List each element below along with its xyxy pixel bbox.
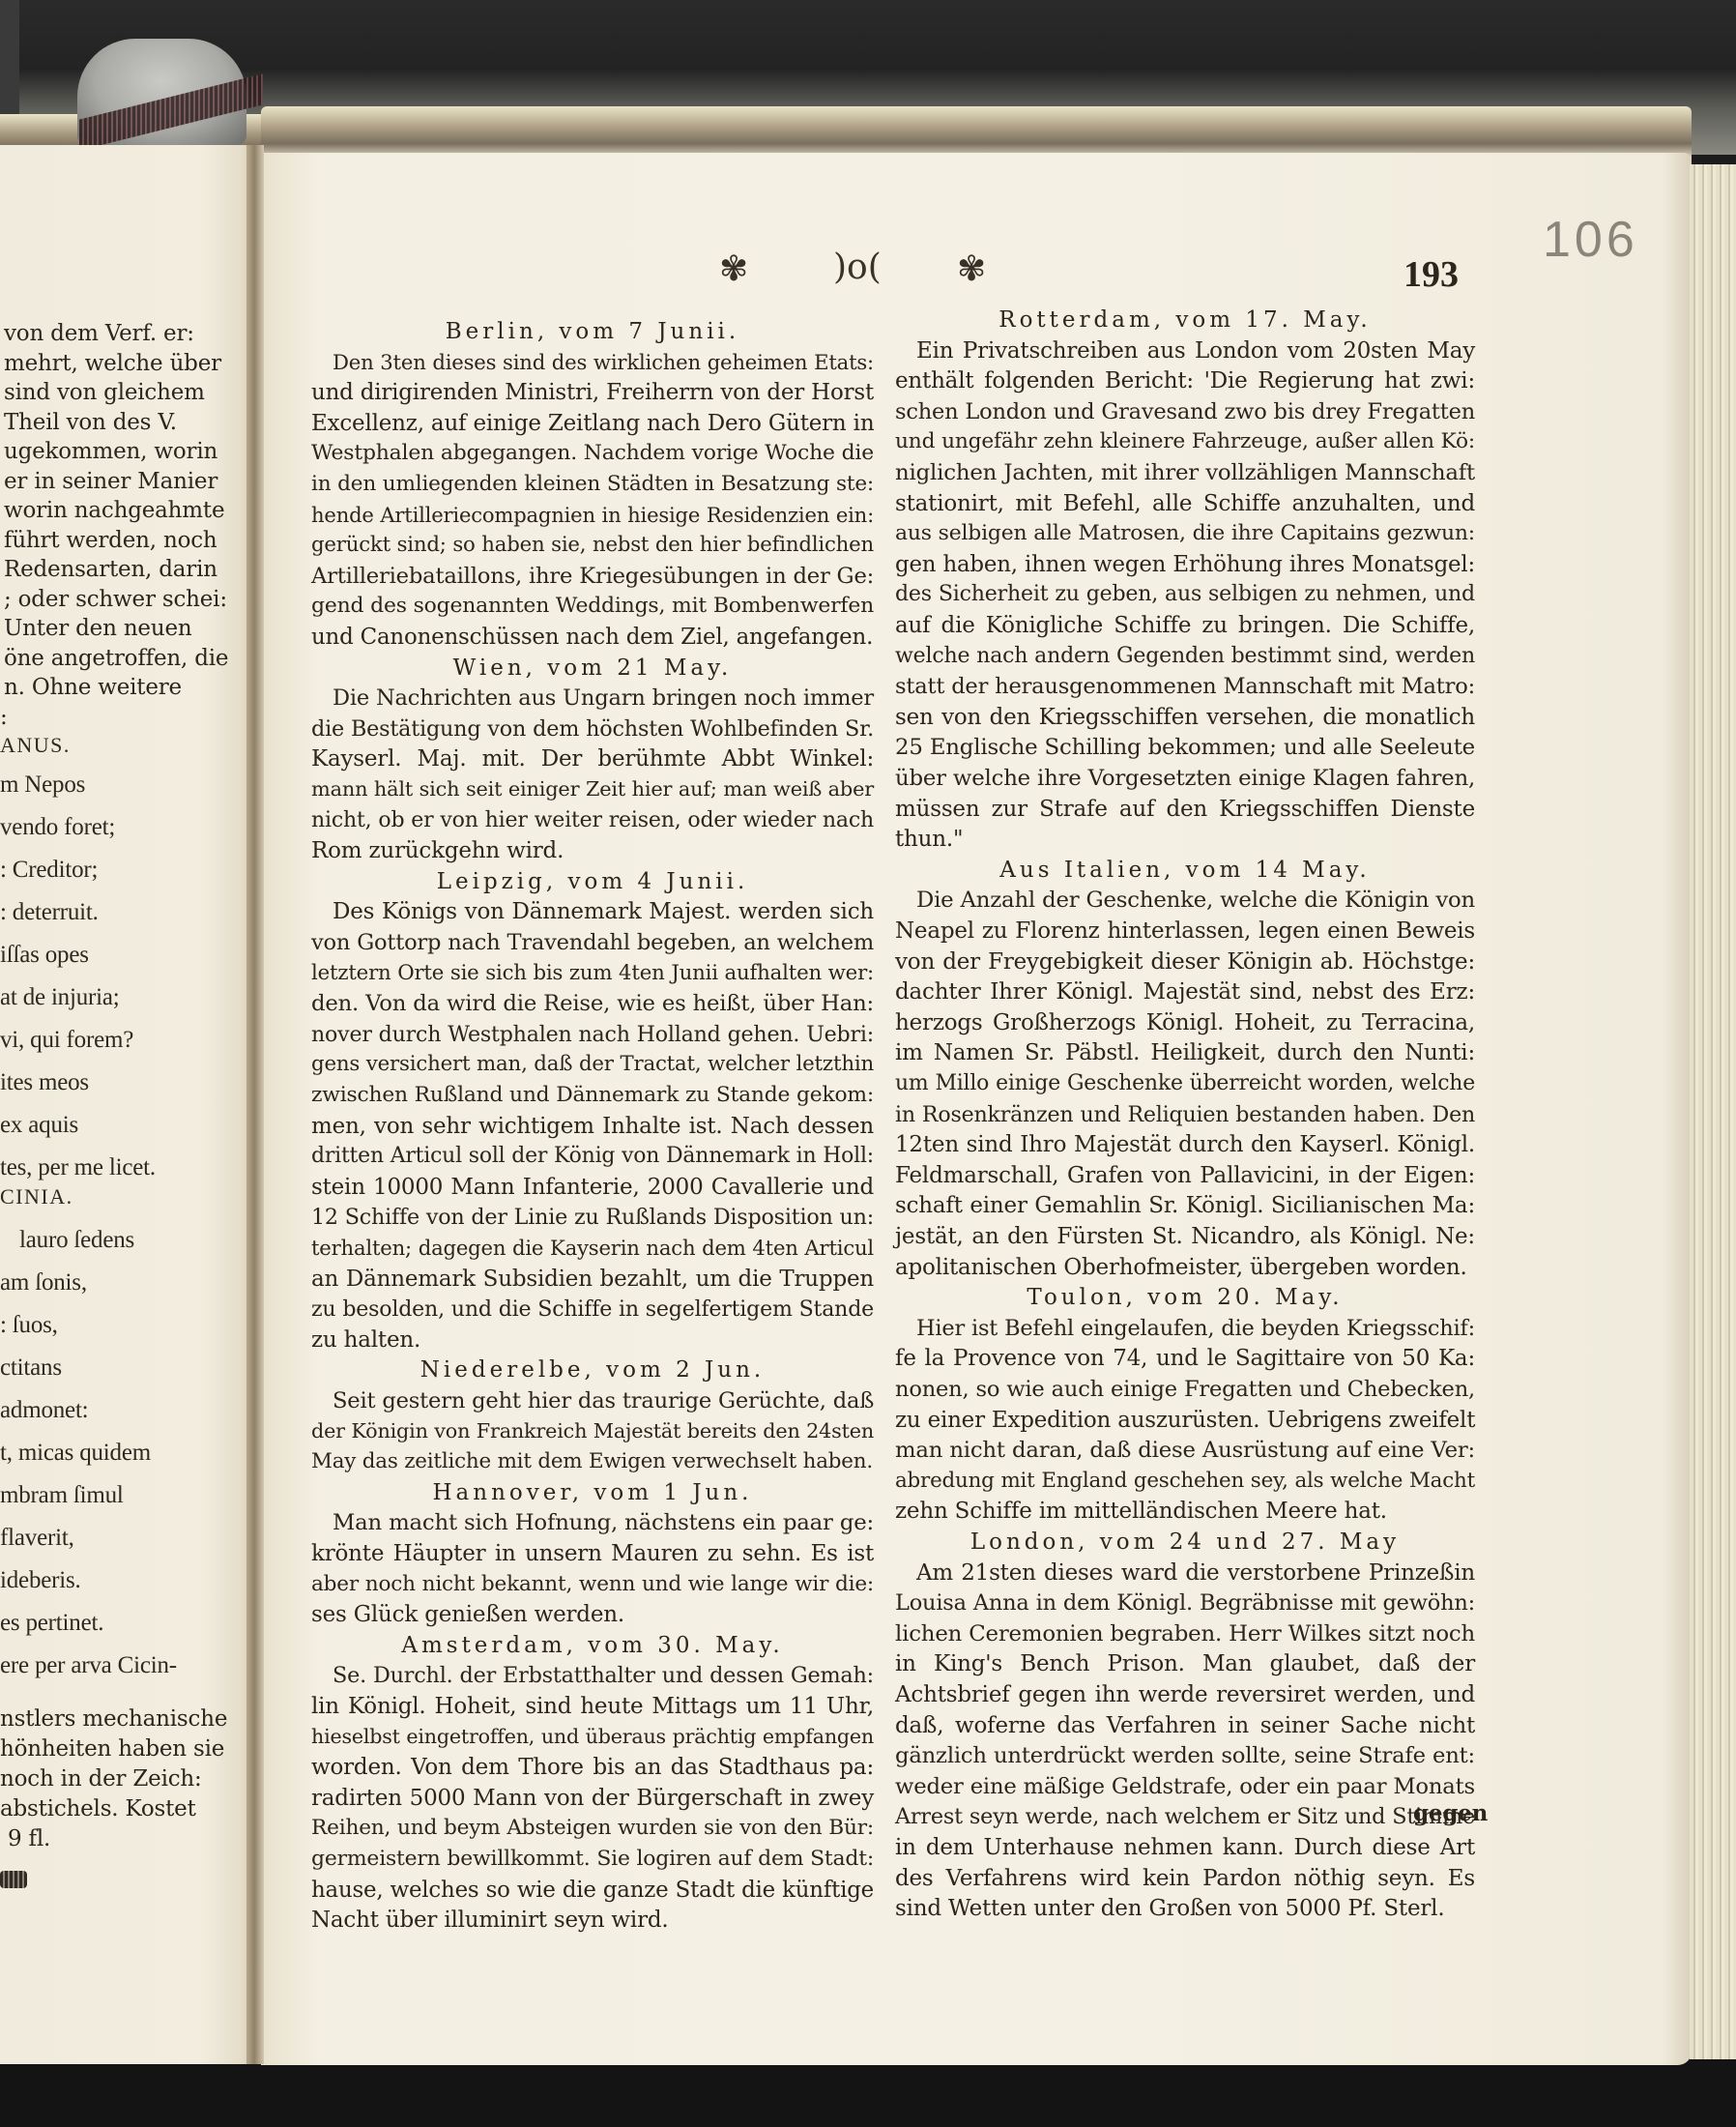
article-line: in den umliegenden kleinen Städten in Be… xyxy=(311,472,874,496)
article-line: gend des sogenannten Weddings, mit Bombe… xyxy=(311,594,874,618)
article-line: Artilleriebataillons, ihre Kriegesübunge… xyxy=(311,564,874,589)
verse-line: admonet: xyxy=(0,1397,88,1424)
article-line: men, von sehr wichtigem Inhalte ist. Nac… xyxy=(311,1114,874,1139)
article-line: Seit gestern geht hier das traurige Gerü… xyxy=(333,1388,874,1413)
article-line: nicht, ob er von hier weiter reisen, ode… xyxy=(311,808,874,832)
verse-line: t, micas quidem xyxy=(0,1440,151,1467)
header-ornament-center: )o( xyxy=(833,248,882,287)
article-line: letztern Orte sie sich bis zum 4ten Juni… xyxy=(311,961,874,985)
text-line: nstlers mechanische xyxy=(0,1706,227,1732)
text-line: ; oder schwer schei: xyxy=(4,587,227,612)
dateline-heading: Toulon, vom 20. May. xyxy=(895,1285,1475,1310)
page-number: 193 xyxy=(1403,253,1459,296)
article-line: und Canonenschüssen nach dem Ziel, angef… xyxy=(311,625,874,650)
text-line: öne angetroffen, die xyxy=(4,646,228,671)
article-line: schaft einer Gemahlin Sr. Königl. Sicili… xyxy=(895,1193,1475,1218)
article-line: sind Wetten unter den Großen von 5000 Pf… xyxy=(895,1896,1475,1921)
fore-edge xyxy=(1690,164,1736,2059)
article-line: Des Königs von Dännemark Majest. werden … xyxy=(333,899,874,924)
dateline-heading: Amsterdam, vom 30. May. xyxy=(311,1633,874,1658)
article-line: ses Glück genießen werden. xyxy=(311,1602,874,1627)
article-line: lichen Ceremonien begraben. Herr Wilkes … xyxy=(895,1621,1475,1646)
text-line: mehrt, welche über xyxy=(4,351,221,376)
article-line: 12ten sind Ihro Majestät durch den Kayse… xyxy=(895,1132,1475,1157)
dateline-heading: London, vom 24 und 27. May xyxy=(895,1530,1475,1555)
text-line: : xyxy=(0,705,8,730)
article-line: zwischen Rußland und Dännemark zu Stande… xyxy=(311,1083,874,1107)
article-line: krönte Häupter in unsern Mauren zu sehn.… xyxy=(311,1541,874,1566)
verse-line: vendo foret; xyxy=(0,814,115,841)
article-line: und dirigirenden Ministri, Freiherrn von… xyxy=(311,380,874,405)
text-line: abstichels. Kostet xyxy=(0,1796,196,1821)
verse-line: ideberis. xyxy=(0,1567,81,1594)
article-line: auf die Königliche Schiffe zu bringen. D… xyxy=(895,613,1475,638)
article-line: terhalten; dagegen die Kayserin nach dem… xyxy=(311,1236,874,1260)
verse-line: : Creditor; xyxy=(0,857,98,884)
article-line: Arrest seyn werde, nach welchem er Sitz … xyxy=(895,1804,1475,1829)
article-line: gens versichert man, daß der Tractat, we… xyxy=(311,1052,874,1076)
article-line: müssen zur Strafe auf den Kriegsschiffen… xyxy=(895,797,1475,822)
dateline-heading: Aus Italien, vom 14 May. xyxy=(895,858,1475,883)
article-line: germeistern bewillkommt. Sie logiren auf… xyxy=(311,1847,874,1871)
verse-line: : deterruit. xyxy=(0,899,99,926)
verse-line: ctitans xyxy=(0,1355,62,1382)
fleuron-icon: ✾ xyxy=(957,249,986,289)
dateline-heading: Hannover, vom 1 Jun. xyxy=(311,1480,874,1505)
article-line: stationirt, mit Befehl, alle Schiffe anz… xyxy=(895,491,1475,516)
article-line: an Dännemark Subsidien bezahlt, um die T… xyxy=(311,1267,874,1292)
dateline-heading: Niederelbe, vom 2 Jun. xyxy=(311,1357,874,1383)
article-line: zu einer Expedition auszurüsten. Uebrige… xyxy=(895,1408,1475,1433)
article-line: apolitanischen Oberhofmeister, übergeben… xyxy=(895,1255,1475,1280)
article-line: weder eine mäßige Geldstrafe, oder ein p… xyxy=(895,1774,1475,1799)
text-line: führt werden, noch xyxy=(4,528,217,553)
article-line: in King's Bench Prison. Man glaubet, daß… xyxy=(895,1651,1475,1676)
dateline-heading: Leipzig, vom 4 Junii. xyxy=(311,869,874,894)
article-line: von der Freygebigkeit dieser Königin ab.… xyxy=(895,949,1475,975)
article-line: May das zeitliche mit dem Ewigen verwech… xyxy=(311,1449,874,1473)
text-line: er in seiner Manier xyxy=(4,469,217,494)
article-line: Rom zurückgehn wird. xyxy=(311,838,874,863)
article-line: lin Königl. Hoheit, sind heute Mittags u… xyxy=(311,1694,874,1719)
article-line: niglichen Jachten, mit ihrer vollzählige… xyxy=(895,460,1475,485)
text-line: Unter den neuen xyxy=(4,616,191,641)
article-line: schen London und Gravesand zwo bis drey … xyxy=(895,399,1475,424)
verse-line: m Nepos xyxy=(0,772,85,799)
verse-line: ere per arva Cicin- xyxy=(0,1652,177,1679)
article-line: des Verfahrens wird kein Pardon nöthig s… xyxy=(895,1866,1475,1891)
article-line: zu besolden, und die Schiffe in segelfer… xyxy=(311,1297,874,1322)
text-line: worin nachgeahmte xyxy=(4,498,224,523)
article-line: gerückt sind; so haben sie, nebst den hi… xyxy=(311,533,874,557)
article-line: Achtsbrief gegen ihn werde reversiret we… xyxy=(895,1682,1475,1707)
article-line: nover durch Westphalen nach Holland gehe… xyxy=(311,1022,874,1047)
text-line: Redensarten, darin xyxy=(4,557,217,582)
article-line: aber noch nicht bekannt, wenn und wie la… xyxy=(311,1572,874,1596)
text-line: von dem Verf. er: xyxy=(4,321,194,346)
text-line: sind von gleichem xyxy=(4,380,205,405)
article-line: jestät, an den Fürsten St. Nicandro, als… xyxy=(895,1224,1475,1249)
article-line: Reihen, und beym Absteigen wurden sie vo… xyxy=(311,1816,874,1840)
library-stamp-number: 106 xyxy=(1543,211,1638,269)
article-line: 25 Englische Schilling bekommen; und all… xyxy=(895,735,1475,760)
article-line: Feldmarschall, Grafen von Pallavicini, i… xyxy=(895,1163,1475,1188)
article-line: 12 Schiffe von der Linie zu Rußlands Dis… xyxy=(311,1205,874,1230)
book-gutter xyxy=(246,145,264,2064)
text-line: n. Ohne weitere xyxy=(4,675,182,700)
dateline-heading: Wien, vom 21 May. xyxy=(311,656,874,681)
article-line: Excellenz, auf einige Zeitlang nach Dero… xyxy=(311,411,874,436)
article-line: Die Nachrichten aus Ungarn bringen noch … xyxy=(333,685,874,711)
article-line: um Millo einige Geschenke überreicht wor… xyxy=(895,1071,1475,1095)
catchword: gegen xyxy=(1413,1800,1488,1826)
verse-line: mbram ſimul xyxy=(0,1482,124,1509)
article-line: herzogs Großherzogs Königl. Hoheit, zu T… xyxy=(895,1010,1475,1035)
text-line: hönheiten haben sie xyxy=(0,1736,224,1762)
verse-line: flaverit, xyxy=(0,1525,74,1552)
section-heading: CINIA. xyxy=(0,1184,73,1209)
scan-background-bottom xyxy=(0,2059,1736,2127)
article-line: Ein Privatschreiben aus London vom 20ste… xyxy=(916,338,1475,364)
verse-line: : ſuos, xyxy=(0,1312,58,1339)
article-line: sen von den Kriegsschiffen versehen, die… xyxy=(895,705,1475,730)
dateline-heading: Berlin, vom 7 Junii. xyxy=(311,319,874,344)
article-line: worden. Von dem Thore bis an das Stadtha… xyxy=(311,1755,874,1780)
article-line: hieselbst eingetroffen, und überaus präc… xyxy=(311,1725,874,1748)
article-line: Hier ist Befehl eingelaufen, die beyden … xyxy=(916,1316,1475,1341)
article-line: daß, woferne das Verfahren in seiner Sac… xyxy=(895,1713,1475,1738)
article-line: Neapel zu Florenz hinterlassen, legen ei… xyxy=(895,918,1475,944)
article-line: nonen, so wie auch einige Fregatten und … xyxy=(895,1377,1475,1402)
article-line: Am 21sten dieses ward die verstorbene Pr… xyxy=(916,1560,1475,1586)
verse-line: es pertinet. xyxy=(0,1610,103,1637)
article-line: fe la Provence von 74, und le Sagittaire… xyxy=(895,1346,1475,1371)
article-line: abredung mit England geschehen sey, als … xyxy=(895,1469,1475,1493)
article-line: zu halten. xyxy=(311,1327,874,1353)
article-line: enthält folgenden Bericht: 'Die Regierun… xyxy=(895,368,1475,393)
text-line: noch in der Zeich: xyxy=(0,1766,202,1792)
article-line: von Gottorp nach Travendahl begeben, an … xyxy=(311,930,874,955)
article-line: aus selbigen alle Matrosen, die ihre Cap… xyxy=(895,521,1475,545)
article-line: dritten Articul soll der König von Dänne… xyxy=(311,1144,874,1168)
article-line: Nacht über illuminirt seyn wird. xyxy=(311,1908,874,1933)
article-line: über welche ihre Vorgesetzten einige Kla… xyxy=(895,766,1475,791)
article-line: in Rosenkränzen und Reliquien bestanden … xyxy=(895,1102,1475,1127)
article-line: gen haben, ihnen wegen Erhöhung ihres Mo… xyxy=(895,552,1475,577)
article-line: man nicht daran, daß diese Ausrüstung au… xyxy=(895,1438,1475,1463)
article-line: die Bestätigung von dem höchsten Wohlbef… xyxy=(311,716,874,742)
article-line: gänzlich unterdrückt werden sollte, sein… xyxy=(895,1743,1475,1768)
fleuron-icon: ✾ xyxy=(719,249,748,289)
text-line: Theil von des V. xyxy=(4,410,177,435)
verse-line: ites meos xyxy=(0,1069,89,1096)
verse-line: at de injuria; xyxy=(0,984,120,1011)
right-page-top-edge xyxy=(261,106,1692,160)
end-ornament xyxy=(0,1871,27,1888)
article-line: Westphalen abgegangen. Nachdem vorige Wo… xyxy=(311,441,874,465)
verse-line: lauro ſedens xyxy=(19,1227,134,1254)
article-line: des Sicherheit zu geben, aus selbigen zu… xyxy=(895,582,1475,606)
article-line: zehn Schiffe im mittelländischen Meere h… xyxy=(895,1499,1475,1524)
article-line: im Namen Sr. Päbstl. Heiligkeit, durch d… xyxy=(895,1040,1475,1065)
section-heading: ANUS. xyxy=(0,733,71,758)
article-line: hause, welches so wie die ganze Stadt di… xyxy=(311,1878,874,1903)
article-line: statt der herausgenommenen Mannschaft mi… xyxy=(895,674,1475,699)
article-line: den. Von da wird die Reise, wie es heißt… xyxy=(311,991,874,1016)
article-line: welche nach andern Gegenden bestimmt sin… xyxy=(895,644,1475,668)
article-line: mann hält sich seit einiger Zeit hier au… xyxy=(311,777,874,801)
article-line: in dem Unterhause nehmen kann. Durch die… xyxy=(895,1835,1475,1860)
text-line: ugekommen, worin xyxy=(4,439,217,464)
article-line: Louisa Anna in dem Königl. Begräbnisse m… xyxy=(895,1590,1475,1616)
article-line: Se. Durchl. der Erbstatthalter und desse… xyxy=(333,1663,874,1688)
article-line: hende Artilleriecompagnien in hiesige Re… xyxy=(311,503,874,527)
article-line: und ungefähr zehn kleinere Fahrzeuge, au… xyxy=(895,429,1475,453)
verse-line: am ſonis, xyxy=(0,1269,87,1297)
verse-line: tes, per me licet. xyxy=(0,1154,156,1181)
verse-line: ex aquis xyxy=(0,1112,78,1139)
article-line: dachter Ihrer Königl. Majestät sind, neb… xyxy=(895,979,1475,1005)
article-line: radirten 5000 Mann von der Bürgerschaft … xyxy=(311,1786,874,1811)
article-line: stein 10000 Mann Infanterie, 2000 Cavall… xyxy=(311,1175,874,1200)
article-line: der Königin von Frankreich Majestät bere… xyxy=(311,1419,874,1442)
article-line: Kayserl. Maj. mit. Der berühmte Abbt Win… xyxy=(311,746,874,772)
article-line: Den 3ten dieses sind des wirklichen gehe… xyxy=(333,350,874,374)
verse-line: vi, qui forem? xyxy=(0,1027,133,1054)
text-line: 9 fl. xyxy=(8,1826,50,1851)
dateline-heading: Rotterdam, vom 17. May. xyxy=(895,307,1475,333)
verse-line: iſſas opes xyxy=(0,942,89,969)
article-line: Die Anzahl der Geschenke, welche die Kön… xyxy=(916,888,1475,913)
article-line: thun." xyxy=(895,827,1475,852)
article-line: Man macht sich Hofnung, nächstens ein pa… xyxy=(333,1510,874,1535)
